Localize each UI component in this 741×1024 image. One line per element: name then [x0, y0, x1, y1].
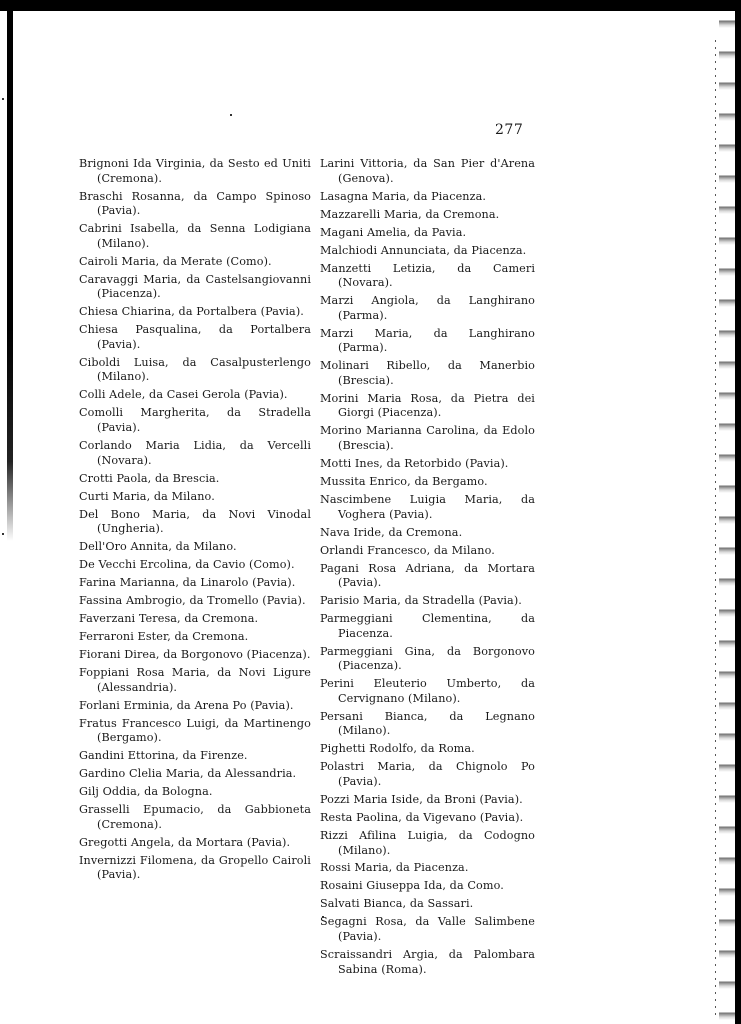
list-item: Dell'Oro Annita, da Milano. — [79, 540, 311, 555]
list-item: Motti Ines, da Retorbido (Pavia). — [320, 457, 535, 472]
list-item: Orlandi Francesco, da Milano. — [320, 544, 535, 559]
list-item: Chiesa Chiarina, da Portalbera (Pavia). — [79, 305, 311, 320]
scan-speck — [2, 98, 4, 100]
list-item: Mazzarelli Maria, da Cremona. — [320, 208, 535, 223]
list-item: Braschi Rosanna, da Campo Spinoso (Pavia… — [79, 190, 311, 219]
list-item: Resta Paolina, da Vigevano (Pavia). — [320, 811, 535, 826]
list-item: Salvati Bianca, da Sassari. — [320, 897, 535, 912]
list-item: Del Bono Maria, da Novi Vinodal (Ungheri… — [79, 508, 311, 537]
list-item: Morini Maria Rosa, da Pietra dei Giorgi … — [320, 392, 535, 421]
list-item: Pighetti Rodolfo, da Roma. — [320, 742, 535, 757]
page-number: 277 — [495, 122, 523, 138]
list-item: Marzi Angiola, da Langhirano (Parma). — [320, 294, 535, 323]
list-item: Larini Vittoria, da San Pier d'Arena (Ge… — [320, 157, 535, 186]
list-item: Faverzani Teresa, da Cremona. — [79, 612, 311, 627]
list-item: Magani Amelia, da Pavia. — [320, 226, 535, 241]
list-item: Parmeggiani Clementina, da Piacenza. — [320, 612, 535, 641]
list-item: Polastri Maria, da Chignolo Po (Pavia). — [320, 760, 535, 789]
list-item: Cabrini Isabella, da Senna Lodigiana (Mi… — [79, 222, 311, 251]
list-item: Curti Maria, da Milano. — [79, 490, 311, 505]
list-item: Rosaini Giuseppa Ida, da Como. — [320, 879, 535, 894]
list-item: Malchiodi Annunciata, da Piacenza. — [320, 244, 535, 259]
list-item: Crotti Paola, da Brescia. — [79, 472, 311, 487]
list-item: Ciboldi Luisa, da Casalpusterlengo (Mila… — [79, 356, 311, 385]
list-item: Parmeggiani Gina, da Borgonovo (Piacenza… — [320, 645, 535, 674]
list-item: Gregotti Angela, da Mortara (Pavia). — [79, 836, 311, 851]
list-item: Fratus Francesco Luigi, da Martinengo (B… — [79, 717, 311, 746]
list-item: Gilj Oddia, da Bologna. — [79, 785, 311, 800]
list-item: Corlando Maria Lidia, da Vercelli (Novar… — [79, 439, 311, 468]
scan-border-right — [735, 11, 741, 1024]
list-item: Farina Marianna, da Linarolo (Pavia). — [79, 576, 311, 591]
scan-speck — [230, 114, 232, 116]
scan-speck — [322, 916, 324, 918]
scan-speck — [2, 533, 4, 535]
list-item: Lasagna Maria, da Piacenza. — [320, 190, 535, 205]
list-item: Molinari Ribello, da Manerbio (Brescia). — [320, 359, 535, 388]
list-item: Invernizzi Filomena, da Gropello Cairoli… — [79, 854, 311, 883]
right-column: Larini Vittoria, da San Pier d'Arena (Ge… — [320, 157, 535, 981]
list-item: Ferraroni Ester, da Cremona. — [79, 630, 311, 645]
scan-border-top — [0, 0, 741, 11]
list-item: De Vecchi Ercolina, da Cavio (Como). — [79, 558, 311, 573]
list-item: Gandini Ettorina, da Firenze. — [79, 749, 311, 764]
list-item: Foppiani Rosa Maria, da Novi Ligure (Ale… — [79, 666, 311, 695]
scan-binding-noise — [719, 11, 735, 1024]
list-item: Parisio Maria, da Stradella (Pavia). — [320, 594, 535, 609]
list-item: Mussita Enrico, da Bergamo. — [320, 475, 535, 490]
list-item: Manzetti Letizia, da Cameri (Novara). — [320, 262, 535, 291]
list-item: Nascimbene Luigia Maria, da Voghera (Pav… — [320, 493, 535, 522]
list-item: Cairoli Maria, da Merate (Como). — [79, 255, 311, 270]
list-item: Pozzi Maria Iside, da Broni (Pavia). — [320, 793, 535, 808]
left-column: Brignoni Ida Virginia, da Sesto ed Uniti… — [79, 157, 311, 886]
list-item: Brignoni Ida Virginia, da Sesto ed Uniti… — [79, 157, 311, 186]
list-item: Scraissandri Argia, da Palombara Sabina … — [320, 948, 535, 977]
list-item: Pagani Rosa Adriana, da Mortara (Pavia). — [320, 562, 535, 591]
scan-dotted-line — [715, 40, 716, 1020]
list-item: Gardino Clelia Maria, da Alessandria. — [79, 767, 311, 782]
list-item: Comolli Margherita, da Stradella (Pavia)… — [79, 406, 311, 435]
list-item: Forlani Erminia, da Arena Po (Pavia). — [79, 699, 311, 714]
list-item: Grasselli Epumacio, da Gabbioneta (Cremo… — [79, 803, 311, 832]
list-item: Nava Iride, da Cremona. — [320, 526, 535, 541]
list-item: Fassina Ambrogio, da Tromello (Pavia). — [79, 594, 311, 609]
list-item: Marzi Maria, da Langhirano (Parma). — [320, 327, 535, 356]
list-item: Caravaggi Maria, da Castelsangiovanni (P… — [79, 273, 311, 302]
list-item: Colli Adele, da Casei Gerola (Pavia). — [79, 388, 311, 403]
list-item: Segagni Rosa, da Valle Salimbene (Pavia)… — [320, 915, 535, 944]
list-item: Morino Marianna Carolina, da Edolo (Bres… — [320, 424, 535, 453]
list-item: Perini Eleuterio Umberto, da Cervignano … — [320, 677, 535, 706]
list-item: Rossi Maria, da Piacenza. — [320, 861, 535, 876]
list-item: Chiesa Pasqualina, da Portalbera (Pavia)… — [79, 323, 311, 352]
list-item: Fiorani Direa, da Borgonovo (Piacenza). — [79, 648, 311, 663]
list-item: Persani Bianca, da Legnano (Milano). — [320, 710, 535, 739]
scan-border-left — [7, 11, 13, 541]
list-item: Rizzi Afilina Luigia, da Codogno (Milano… — [320, 829, 535, 858]
